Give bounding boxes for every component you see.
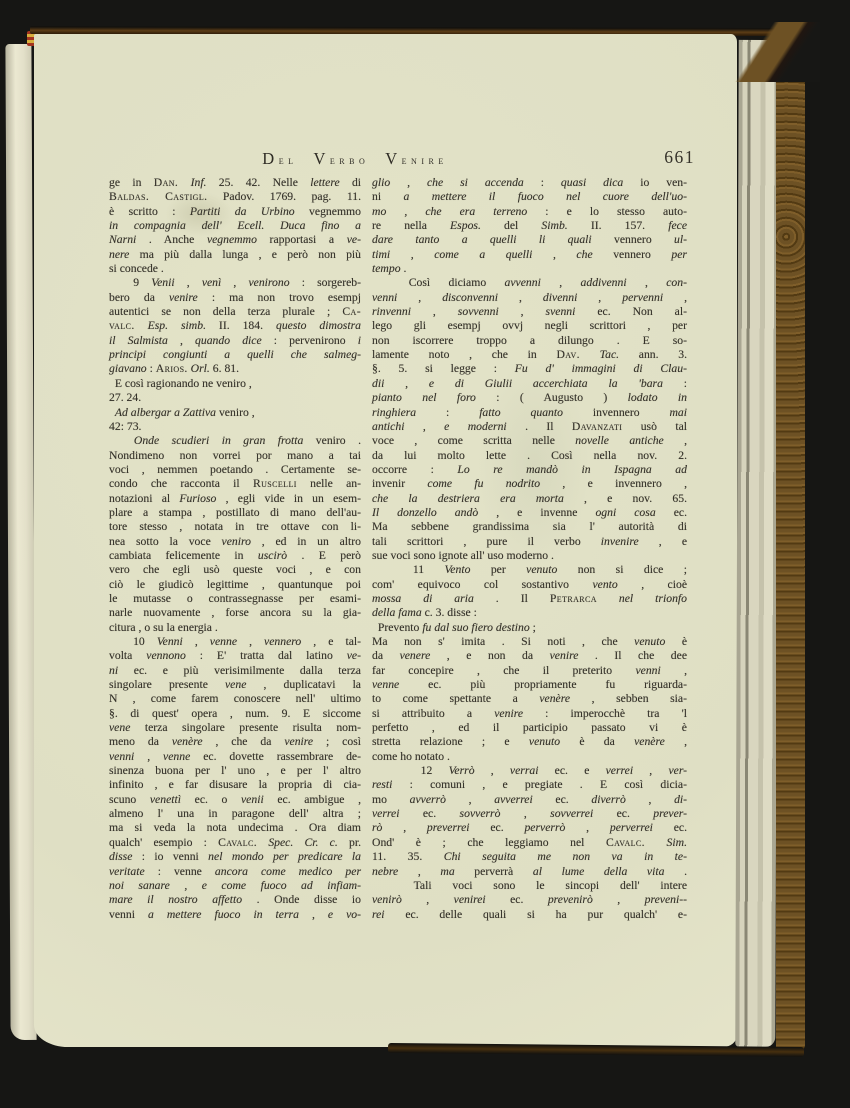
text-line: N , come farem conoscere nell' ultimo <box>109 692 361 706</box>
text-line: scuno venettì ec. o venii ec. ambigue , <box>109 793 361 807</box>
text-line: della fama c. 3. disse : <box>372 606 687 620</box>
text-line: resti : comuni , e pregiate . E così dic… <box>372 778 687 792</box>
text-line: autentici se non della terza plurale ; C… <box>109 305 361 319</box>
text-line: far concepire , che il preterito venni , <box>372 664 687 678</box>
text-line: E così ragionando ne veniro , <box>109 377 361 391</box>
text-line: nere ma più dalla lunga , e però non più <box>109 248 361 262</box>
text-line: narle nuovamente , forse ancora su la gi… <box>109 606 361 620</box>
text-line: glio , che si accenda : quasi dica io ve… <box>372 176 687 190</box>
text-line: si attribuito a venire : imperocchè tra … <box>372 707 687 721</box>
text-line: to come spettante a venère , sebben sia- <box>372 692 687 706</box>
text-line: 42: 73. <box>109 420 361 434</box>
text-line: 10 Venni , venne , vennero , e tal- <box>109 635 361 649</box>
text-line: 27. 24. <box>109 391 361 405</box>
text-line: Baldas. Castigl. Padov. 1769. pag. 11. <box>109 190 361 204</box>
text-line: valc. Esp. simb. II. 184. questo dimostr… <box>109 319 361 333</box>
text-line: timi , come a quelli , che vennero per <box>372 248 687 262</box>
text-line: sue voci sono ignote all' uso moderno . <box>372 549 687 563</box>
text-line: rinvenni , sovvenni , svenni ec. Non al- <box>372 305 687 319</box>
text-line: cambiata felicemente in uscirò . E però <box>109 549 361 563</box>
text-line: 9 Venii , venì , venirono : sorgereb- <box>109 276 361 290</box>
text-line: che la destriera era morta , e nov. 65. <box>372 492 687 506</box>
text-line: Nondimeno non vorrei por mano a tai <box>109 449 361 463</box>
text-line: condo che racconta il Ruscelli nelle an- <box>109 477 361 491</box>
text-line: voce , come scritta nelle novelle antich… <box>372 434 687 448</box>
text-line: plare a stampa , postillato di mano dell… <box>109 506 361 520</box>
book-page: Del Verbo Venire 661 ge in Dan. Inf. 25.… <box>34 34 737 1047</box>
text-line: Narni . Anche vegnemmo rapportasi a ve- <box>109 233 361 247</box>
leather-cover-edge <box>776 58 805 1051</box>
text-line: Ma sebbene grandissima sia l' autorità d… <box>372 520 687 534</box>
text-line: veritate : venne ancora come medico per <box>109 865 361 879</box>
text-line: sinenza buona per l' uno , e per l' altr… <box>109 764 361 778</box>
text-line: pianto nel foro : ( Augusto ) lodato in <box>372 391 687 405</box>
text-line: ni ec. e più verisimilmente dalla terza <box>109 664 361 678</box>
column-gutter <box>361 176 372 922</box>
text-line: Prevento fu dal suo fiero destino ; <box>372 621 687 635</box>
text-line: ge in Dan. Inf. 25. 42. Nelle lettere di <box>109 176 361 190</box>
text-line: citura , o su la energia . <box>109 621 361 635</box>
text-line: nea sotto la voce veniro , ed in un altr… <box>109 535 361 549</box>
text-line: da lui molto lette . Così nella nov. 2. <box>372 449 687 463</box>
running-title: Del Verbo Venire <box>109 149 601 169</box>
text-line: §. 5. si legge : Fu d' immagini di Clau- <box>372 362 687 376</box>
text-line: vero che egli usò queste voci , e con <box>109 563 361 577</box>
text-line: singolare presente vene , duplicatavi la <box>109 678 361 692</box>
text-line: le mutasse o contrassegnasse per esami- <box>109 592 361 606</box>
text-line: mare il nostro affetto . Onde disse io <box>109 893 361 907</box>
text-line: ma si veda la nota undecima . Ora diam <box>109 821 361 835</box>
text-line: perfetto , ed il participio passato vi è <box>372 721 687 735</box>
text-line: tempo . <box>372 262 687 276</box>
two-column-text: ge in Dan. Inf. 25. 42. Nelle lettere di… <box>109 176 687 922</box>
text-line: giavano : Arios. Orl. 6. 81. <box>109 362 361 376</box>
running-title-word: Del <box>262 149 297 169</box>
text-line: antichi , e moderni . Il Davanzati usò t… <box>372 420 687 434</box>
text-line: si concede . <box>109 262 361 276</box>
text-line: volta vennono : E' tratta dal latino ve- <box>109 649 361 663</box>
text-line: venne ec. più propriamente fu riguarda- <box>372 678 687 692</box>
text-line: non iscorrere troppo a dilungo . E so- <box>372 334 687 348</box>
text-line: stretta relazione ; e venuto è da venère… <box>372 735 687 749</box>
text-line: §. di quest' opera , num. 9. E siccome <box>109 707 361 721</box>
text-line: voci , nemmen poetando . Certamente se- <box>109 463 361 477</box>
book-scan-scene: Del Verbo Venire 661 ge in Dan. Inf. 25.… <box>0 0 850 1108</box>
text-line: dare tanto a quelli li quali vennero ul- <box>372 233 687 247</box>
text-line: Così diciamo avvenni , addivenni , con- <box>372 276 687 290</box>
text-line: ringhiera : fatto quanto invennero mai <box>372 406 687 420</box>
text-line: Ma non s' imita . Si noti , che venuto è <box>372 635 687 649</box>
text-line: Tali voci sono le sincopi dell' intere <box>372 879 687 893</box>
page-number: 661 <box>664 147 695 168</box>
text-line: venni a mettere fuoco in terra , e vo- <box>109 908 361 922</box>
text-line: lamente noto , che in Dav. Tac. ann. 3. <box>372 348 687 362</box>
text-line: occorre : Lo re mandò in Ispagna ad <box>372 463 687 477</box>
text-line: meno da venère , che da venire ; così <box>109 735 361 749</box>
text-line: ni a mettere il fuoco nel cuore dell'uo- <box>372 190 687 204</box>
text-line: venni , venne ec. dovette rassembrare de… <box>109 750 361 764</box>
text-line: nebre , ma perverrà al lume della vita . <box>372 865 687 879</box>
text-line: principi congiunti a quelli che salmeg- <box>109 348 361 362</box>
text-line: notazioni al Furioso , egli vide in un e… <box>109 492 361 506</box>
printed-text-block: Del Verbo Venire 661 ge in Dan. Inf. 25.… <box>109 146 687 922</box>
running-header: Del Verbo Venire 661 <box>109 146 687 174</box>
text-line: invenir come fu nodrito , e invennero , <box>372 477 687 491</box>
running-title-word: Verbo <box>313 149 369 169</box>
text-line: com' equivoco col sostantivo vento , cio… <box>372 578 687 592</box>
text-line: rei ec. delle quali si ha pur qualch' e- <box>372 908 687 922</box>
page-fore-edges <box>735 40 779 1047</box>
running-title-word: Venire <box>385 149 447 169</box>
text-line: ciò le giudicò legittime , quantunque po… <box>109 578 361 592</box>
text-line: venirò , venirei ec. prevenirò , preveni… <box>372 893 687 907</box>
text-line: venni , disconvenni , divenni , pervenni… <box>372 291 687 305</box>
text-line: in compagnia dell' Ecell. Duca fino a <box>109 219 361 233</box>
text-line: almeno l' una in paragone dell' altra ; <box>109 807 361 821</box>
text-line: Onde scudieri in gran frotta veniro . <box>109 434 361 448</box>
text-column-right: glio , che si accenda : quasi dica io ve… <box>372 176 687 922</box>
text-line: il Salmista , quando dice : pervenirono … <box>109 334 361 348</box>
text-line: verrei ec. sovverrò , sovverrei ec. prev… <box>372 807 687 821</box>
text-line: Il donzello andò , e invenne ogni cosa e… <box>372 506 687 520</box>
text-line: dii , e di Giulii accerchiata la 'bara : <box>372 377 687 391</box>
text-line: vene terza singolare presente risulta no… <box>109 721 361 735</box>
text-line: rò , preverrei ec. perverrò , perverrei … <box>372 821 687 835</box>
text-line: mo , che era terreno : e lo stesso auto- <box>372 205 687 219</box>
text-line: mo avverrò , avverrei ec. diverrò , di- <box>372 793 687 807</box>
text-line: tore stesso , notata in tre ottave con l… <box>109 520 361 534</box>
text-line: Ond' è ; che leggiamo nel Cavalc. Sim. <box>372 836 687 850</box>
text-line: noi sanare , e come fuoco ad infiam- <box>109 879 361 893</box>
text-line: tali scrittori , pure il verbo invenire … <box>372 535 687 549</box>
text-line: da venere , e non da venire . Il che dee <box>372 649 687 663</box>
text-line: re nella Espos. del Simb. II. 157. fece <box>372 219 687 233</box>
opposite-page-edge <box>5 44 36 1040</box>
text-line: Ad albergar a Zattiva veniro , <box>109 406 361 420</box>
text-line: 11 Vento per venuto non si dice ; <box>372 563 687 577</box>
text-line: mossa di aria . Il Petrarca nel trionfo <box>372 592 687 606</box>
text-line: lego gli esempj ovvj negli scrittori , p… <box>372 319 687 333</box>
text-line: come ho notato . <box>372 750 687 764</box>
text-line: 11. 35. Chi seguita me non va in te- <box>372 850 687 864</box>
text-line: bero da venire : ma non trovo esempj <box>109 291 361 305</box>
text-line: 12 Verrò , verrai ec. e verrei , ver- <box>372 764 687 778</box>
text-line: qualch' esempio : Cavalc. Spec. Cr. c. p… <box>109 836 361 850</box>
leather-cover-corner <box>726 22 820 82</box>
text-line: disse : io venni nel mondo per predicare… <box>109 850 361 864</box>
text-line: è scritto : Partiti da Urbino vegnemmo <box>109 205 361 219</box>
text-column-left: ge in Dan. Inf. 25. 42. Nelle lettere di… <box>109 176 361 922</box>
text-line: infinito , e far disusare la propria di … <box>109 778 361 792</box>
